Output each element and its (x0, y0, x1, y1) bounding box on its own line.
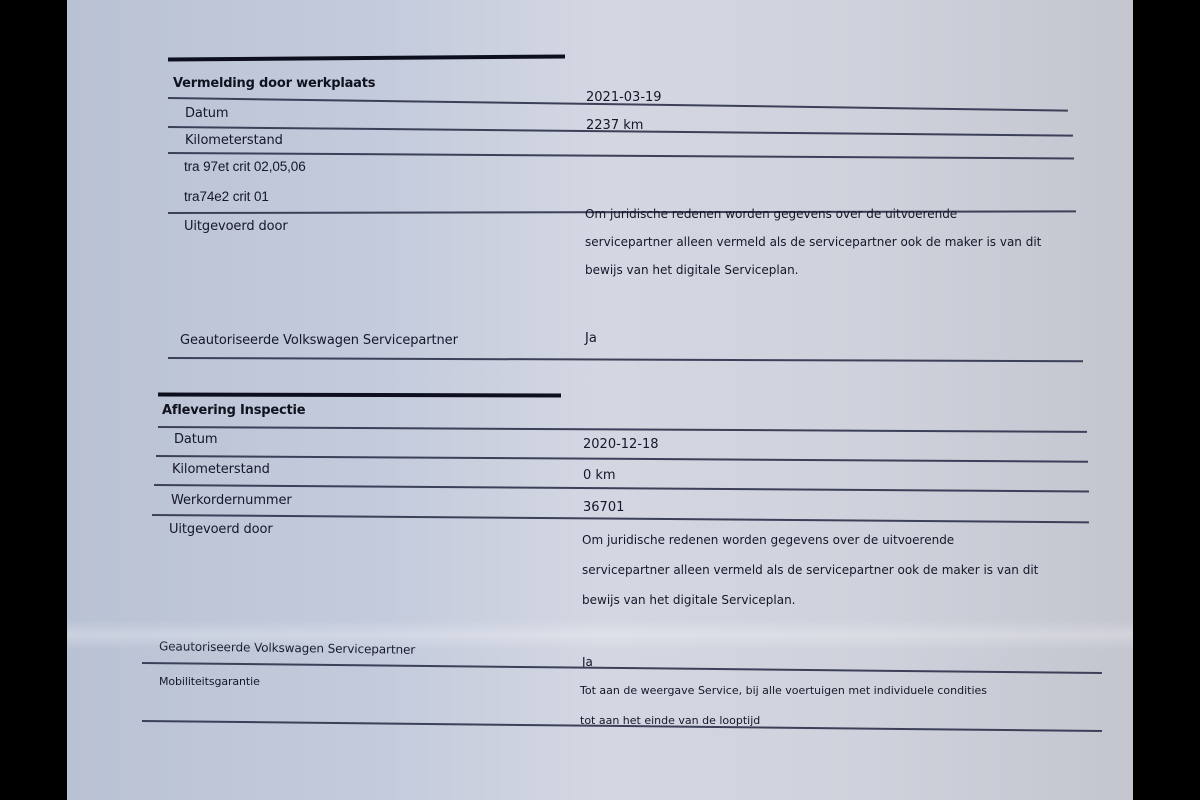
label-datum: Datum (174, 432, 217, 447)
text-line: Tot aan de weergave Service, bij alle vo… (580, 676, 1100, 706)
row-divider (156, 455, 1088, 462)
value-datum: 2021-03-19 (586, 90, 662, 105)
text-line: Om juridische redenen worden gegevens ov… (585, 200, 1105, 228)
row-divider (168, 152, 1074, 159)
value-kilometerstand: 0 km (583, 468, 616, 483)
section-title-aflevering-inspectie: Aflevering Inspectie (162, 403, 305, 418)
label-datum: Datum (185, 106, 228, 121)
label-kilometerstand: Kilometerstand (172, 462, 270, 477)
value-geautoriseerde-partner: Ja (585, 331, 597, 346)
section-title-werkplaats: Vermelding door werkplaats (173, 76, 375, 91)
value-kilometerstand: 2237 km (586, 118, 643, 133)
text-line: servicepartner alleen vermeld als de ser… (585, 228, 1105, 256)
row-divider (152, 514, 1089, 523)
text-line: tot aan het einde van de looptijd (580, 706, 1100, 736)
label-tra74e2: tra74e2 crit 01 (184, 189, 269, 204)
label-tra97et: tra 97et crit 02,05,06 (184, 159, 306, 174)
label-uitgevoerd-door: Uitgevoerd door (169, 522, 273, 537)
value-uitgevoerd-door: Om juridische redenen worden gegevens ov… (582, 525, 1107, 615)
row-divider (154, 484, 1089, 492)
label-geautoriseerde-partner: Geautoriseerde Volkswagen Servicepartner (159, 639, 415, 657)
text-line: Om juridische redenen worden gegevens ov… (582, 525, 1107, 555)
row-divider (168, 357, 1083, 362)
row-divider (142, 662, 1102, 674)
section-divider-bar (158, 392, 561, 397)
value-uitgevoerd-door: Om juridische redenen worden gegevens ov… (585, 200, 1105, 284)
label-kilometerstand: Kilometerstand (185, 133, 283, 148)
value-werkordernummer: 36701 (583, 500, 624, 515)
text-line: bewijs van het digitale Serviceplan. (582, 585, 1107, 615)
row-divider (158, 426, 1087, 432)
label-geautoriseerde-partner: Geautoriseerde Volkswagen Servicepartner (180, 333, 458, 348)
value-datum: 2020-12-18 (583, 437, 659, 452)
label-werkordernummer: Werkordernummer (171, 493, 292, 508)
text-line: servicepartner alleen vermeld als de ser… (582, 555, 1107, 585)
label-mobiliteitsgarantie: Mobiliteitsgarantie (159, 675, 260, 688)
section-divider-bar (168, 54, 565, 61)
service-document-paper: Vermelding door werkplaats Datum 2021-03… (67, 0, 1133, 800)
label-uitgevoerd-door: Uitgevoerd door (184, 219, 288, 234)
text-line: bewijs van het digitale Serviceplan. (585, 256, 1105, 284)
